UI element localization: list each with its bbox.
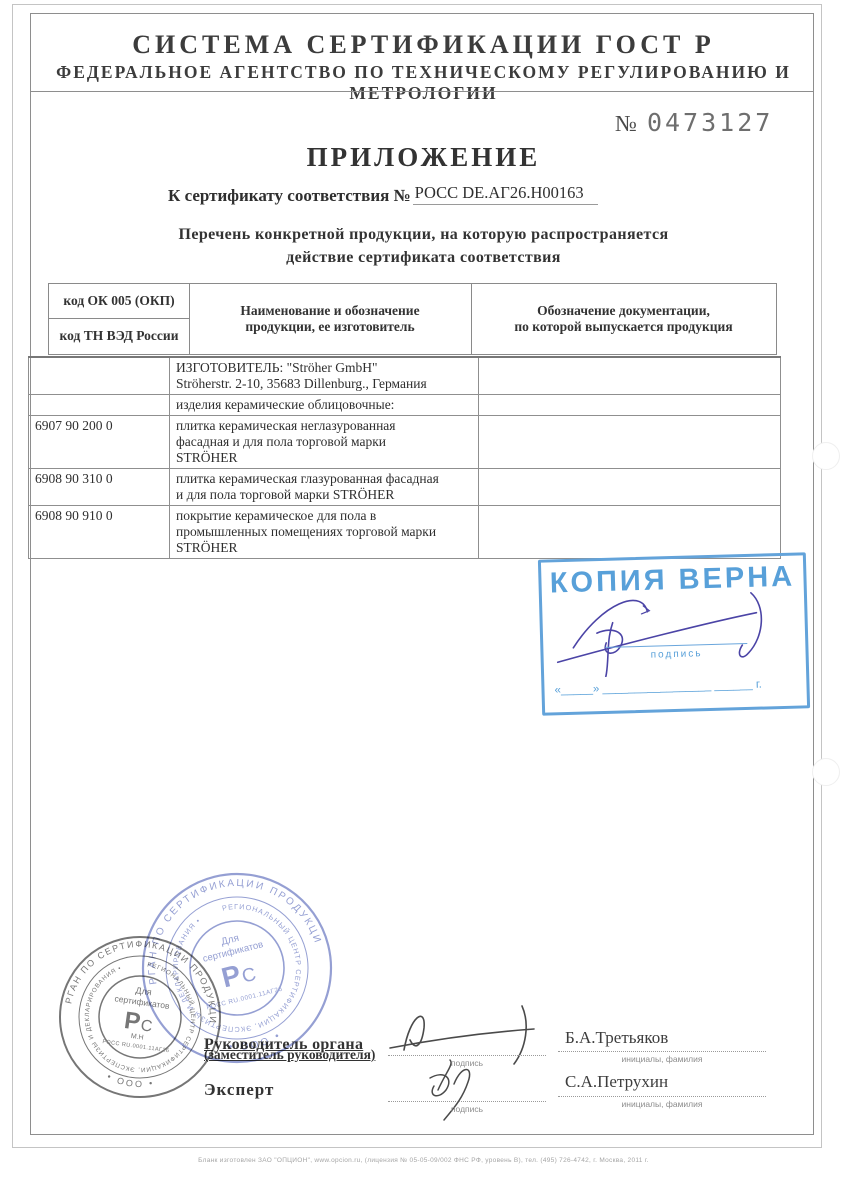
cell-code <box>29 395 170 416</box>
cell-docs <box>479 506 781 559</box>
certificate-page: СИСТЕМА СЕРТИФИКАЦИИ ГОСТ Р ФЕДЕРАЛЬНОЕ … <box>0 0 847 1200</box>
header-divider <box>30 91 814 92</box>
page-edge-notch <box>812 758 840 786</box>
table-row: 6908 90 910 0 покрытие керамическое для … <box>29 506 781 559</box>
table-row: изделия керамические облицовочные: <box>29 395 781 416</box>
cell-docs <box>479 416 781 469</box>
cell-docs <box>479 395 781 416</box>
certificate-number-label: К сертификату соответствия № <box>168 186 411 205</box>
round-stamp-black: ОРГАН ПО СЕРТИФИКАЦИИ ПРОДУКЦИИ • ООО • … <box>44 921 236 1113</box>
certificate-number-line: К сертификату соответствия №РОСС DE.АГ26… <box>168 186 598 206</box>
page-edge-notch <box>812 442 840 470</box>
cell-docs <box>479 357 781 395</box>
signature-label: подпись <box>388 1058 546 1068</box>
cell-desc: плитка керамическая глазурованная фасадн… <box>170 469 479 506</box>
stamp-logo-caption: М.Н <box>130 1033 144 1042</box>
form-number: №0473127 <box>615 108 773 137</box>
date-line: «_____» _________________ ______ г. <box>554 678 796 697</box>
form-number-value: 0473127 <box>647 108 773 137</box>
product-table: ИЗГОТОВИТЕЛЬ: "Ströher GmbH" Ströherstr.… <box>28 356 781 559</box>
certificate-number-value: РОСС DE.АГ26.Н00163 <box>413 183 598 205</box>
col-header-docs: Обозначение документации, по которой вып… <box>471 284 776 354</box>
table-row: ИЗГОТОВИТЕЛЬ: "Ströher GmbH" Ströherstr.… <box>29 357 781 395</box>
col-header-product: Наименование и обозначение продукции, ее… <box>189 284 471 354</box>
intro-line-2: действие сертификата соответствия <box>0 249 847 267</box>
col-header-okp: код ОК 005 (ОКП) <box>49 284 189 318</box>
print-shop-footnote: Бланк изготовлен ЗАО "ОПЦИОН", www.opcio… <box>0 1157 847 1164</box>
signature-line <box>388 1055 546 1056</box>
name-label: инициалы, фамилия <box>558 1099 766 1109</box>
cell-code: 6908 90 910 0 <box>29 506 170 559</box>
handwritten-signature-icon <box>550 580 792 679</box>
name-line <box>558 1096 766 1097</box>
cell-desc: ИЗГОТОВИТЕЛЬ: "Ströher GmbH" Ströherstr.… <box>170 357 479 395</box>
cell-code: 6907 90 200 0 <box>29 416 170 469</box>
signature-line <box>388 1101 546 1102</box>
cell-code <box>29 357 170 395</box>
name-label: инициалы, фамилия <box>558 1054 766 1064</box>
col-header-tnved: код ТН ВЭД России <box>49 318 189 354</box>
cell-desc: покрытие керамическое для пола в промышл… <box>170 506 479 559</box>
cell-docs <box>479 469 781 506</box>
cell-desc: плитка керамическая неглазурованная фаса… <box>170 416 479 469</box>
table-row: 6907 90 200 0 плитка керамическая неглаз… <box>29 416 781 469</box>
table-header: код ОК 005 (ОКП) код ТН ВЭД России Наиме… <box>48 283 777 355</box>
intro-line-1: Перечень конкретной продукции, на котору… <box>0 226 847 244</box>
svg-text:• ООО •: • ООО • <box>105 1071 157 1092</box>
agency-subtitle: ФЕДЕРАЛЬНОЕ АГЕНТСТВО ПО ТЕХНИЧЕСКОМУ РЕ… <box>0 62 847 104</box>
signature-label: подпись <box>388 1104 546 1114</box>
cell-desc: изделия керамические облицовочные: <box>170 395 479 416</box>
table-row: 6908 90 310 0 плитка керамическая глазур… <box>29 469 781 506</box>
doc-title: ПРИЛОЖЕНИЕ <box>0 142 847 173</box>
stamp-outer-bottom-text: • ООО • <box>105 1071 157 1092</box>
system-title: СИСТЕМА СЕРТИФИКАЦИИ ГОСТ Р <box>0 30 847 60</box>
copy-certified-stamp: КОПИЯ ВЕРНА подпись «_____» ____________… <box>538 552 810 715</box>
number-sign: № <box>615 111 637 136</box>
head-name: Б.А.Третьяков <box>565 1028 668 1048</box>
name-line <box>558 1051 766 1052</box>
svg-text:С: С <box>140 1017 154 1035</box>
cell-code: 6908 90 310 0 <box>29 469 170 506</box>
expert-name: С.А.Петрухин <box>565 1072 668 1092</box>
